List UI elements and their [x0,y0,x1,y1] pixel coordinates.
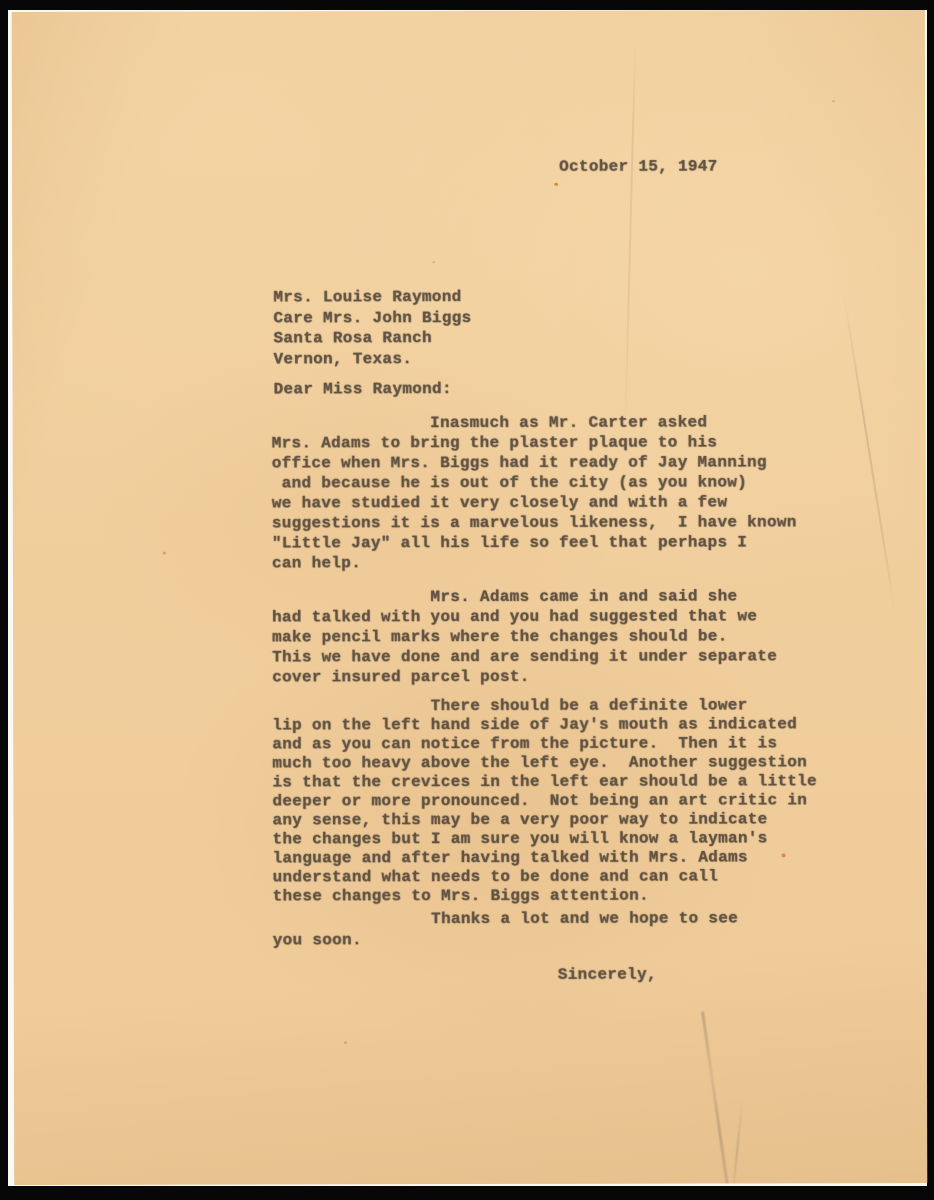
text-line: Mrs. Louise Raymond [273,288,471,309]
text-line: Mrs. Adams came in and said she [272,587,777,608]
paragraph-1: Inasmuch as Mr. Carter askedMrs. Adams t… [272,413,797,574]
text-line: is that the crevices in the left ear sho… [272,772,817,792]
scan-background: October 15, 1947 Mrs. Louise RaymondCare… [8,10,927,1186]
scan-frame: October 15, 1947 Mrs. Louise RaymondCare… [0,0,934,1200]
text-line: lip on the left hand side of Jay's mouth… [272,715,817,735]
letter-page: October 15, 1947 Mrs. Louise RaymondCare… [12,10,927,1185]
text-line: Vernon, Texas. [273,349,471,370]
salutation: Dear Miss Raymond: [274,380,452,398]
text-line: any sense, this may be a very poor way t… [272,810,817,830]
text-line: cover insured parcel post. [272,667,777,688]
text-line: language and after having talked with Mr… [273,848,818,868]
paragraph-2: Mrs. Adams came in and said shehad talke… [272,587,777,688]
text-line: the changes but I am sure you will know … [272,829,817,849]
text-line: these changes to Mrs. Biggs attention. [273,886,818,906]
text-line: Care Mrs. John Biggs [273,308,471,329]
text-line: Mrs. Adams to bring the plaster plaque t… [272,433,797,454]
recipient-address: Mrs. Louise RaymondCare Mrs. John BiggsS… [273,288,471,370]
text-line: make pencil marks where the changes shou… [272,627,777,648]
text-line: deeper or more pronounced. Not being an … [272,791,817,811]
letter-text-layer: October 15, 1947 Mrs. Louise RaymondCare… [12,10,927,1185]
text-line: understand what needs to be done and can… [273,867,818,887]
text-line: Thanks a lot and we hope to see [273,909,738,931]
letter-date: October 15, 1947 [559,157,717,175]
text-line: you soon. [273,930,738,952]
paragraph-3: There should be a definite lowerlip on t… [272,696,817,906]
text-line: There should be a definite lower [272,696,817,716]
text-line: This we have done and are sending it und… [272,647,777,668]
text-line: office when Mrs. Biggs had it ready of J… [272,453,797,474]
text-line: and because he is out of the city (as yo… [272,473,797,494]
text-line: had talked with you and you had suggeste… [272,607,777,628]
text-line: we have studied it very closely and with… [272,493,797,514]
text-line: and as you can notice from the picture. … [272,734,817,754]
paragraph-closing: Thanks a lot and we hope to seeyou soon. [273,909,738,952]
text-line: Inasmuch as Mr. Carter asked [272,413,797,434]
text-line: can help. [272,553,797,574]
text-line: Santa Rosa Ranch [273,329,471,350]
text-line: suggestions it is a marvelous likeness, … [272,513,797,534]
text-line: much too heavy above the left eye. Anoth… [272,753,817,773]
text-line: "Little Jay" all his life so feel that p… [272,533,797,554]
signature-closing: Sincerely, [558,966,657,984]
